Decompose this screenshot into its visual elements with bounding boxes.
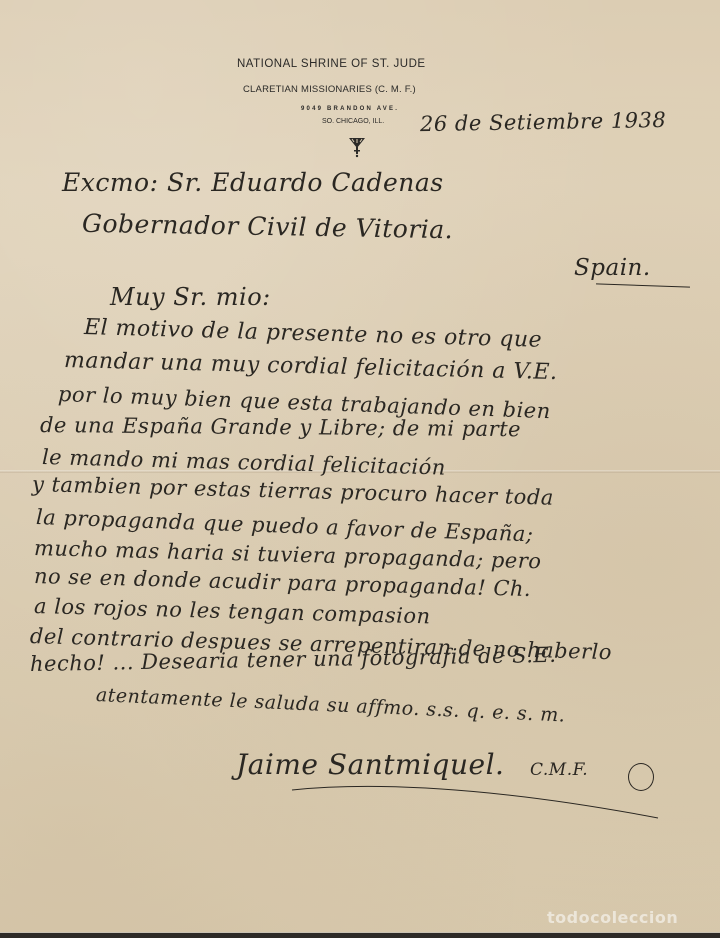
salutation: Muy Sr. mio:: [110, 283, 271, 311]
recipient-title: Gobernador Civil de Vitoria.: [82, 209, 454, 244]
country-underline: [596, 283, 690, 287]
letterhead-address: 9049 BRANDON AVE.: [301, 106, 399, 112]
signature: Jaime Santmiquel.: [236, 748, 504, 781]
body-line: El motivo de la presente no es otro que: [84, 315, 543, 353]
signature-flourish: [290, 782, 660, 822]
body-line: de una España Grande y Libre; de mi part…: [40, 413, 521, 441]
body-line: a los rojos no les tengan compasion: [34, 594, 431, 628]
letterhead-subtitle: CLARETIAN MISSIONARIES (C. M. F.): [243, 84, 416, 95]
letterhead-city: SO. CHICAGO, ILL.: [322, 118, 384, 125]
ornament-icon: [348, 136, 366, 158]
recipient-country: Spain.: [574, 255, 651, 281]
body-line: mandar una muy cordial felicitación a V.…: [64, 348, 558, 385]
signature-suffix: C.M.F.: [530, 760, 588, 780]
letter-page: NATIONAL SHRINE OF ST. JUDE CLARETIAN MI…: [0, 0, 720, 932]
bottom-edge: [0, 932, 720, 938]
watermark: todocoleccion: [547, 908, 678, 927]
letter-date: 26 de Setiembre 1938: [420, 108, 667, 136]
letterhead-title: NATIONAL SHRINE OF ST. JUDE: [237, 58, 426, 70]
recipient-name: Excmo: Sr. Eduardo Cadenas: [62, 168, 444, 197]
body-line: y tambien por estas tierras procuro hace…: [32, 472, 554, 510]
closing-line: atentamente le saluda su affmo. s.s. q. …: [96, 684, 566, 726]
